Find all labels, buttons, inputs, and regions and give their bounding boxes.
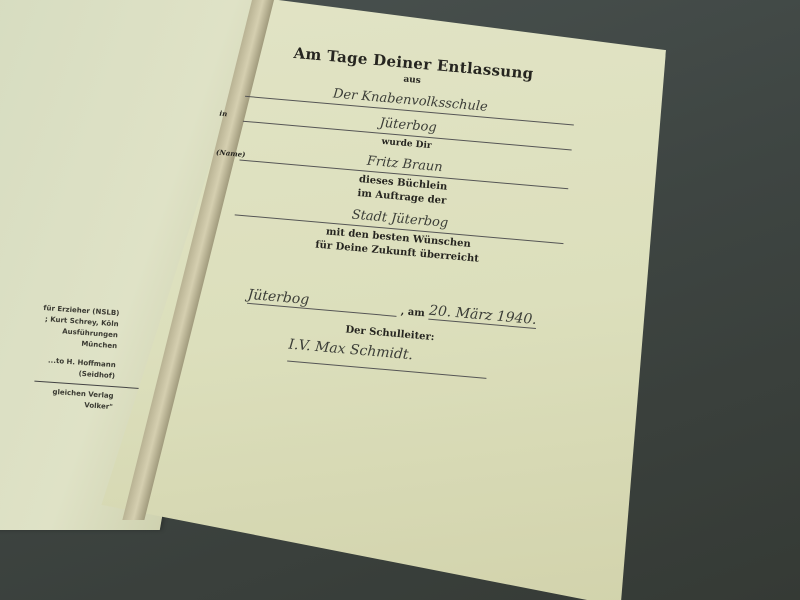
am-label: , am — [400, 306, 425, 319]
in-label: in — [219, 109, 228, 119]
certificate: Am Tage Deiner Entlassung aus Der Knaben… — [222, 40, 578, 385]
date-handwritten: 20. März 1940. — [428, 303, 537, 329]
place-handwritten: Jüterbog — [247, 287, 398, 317]
